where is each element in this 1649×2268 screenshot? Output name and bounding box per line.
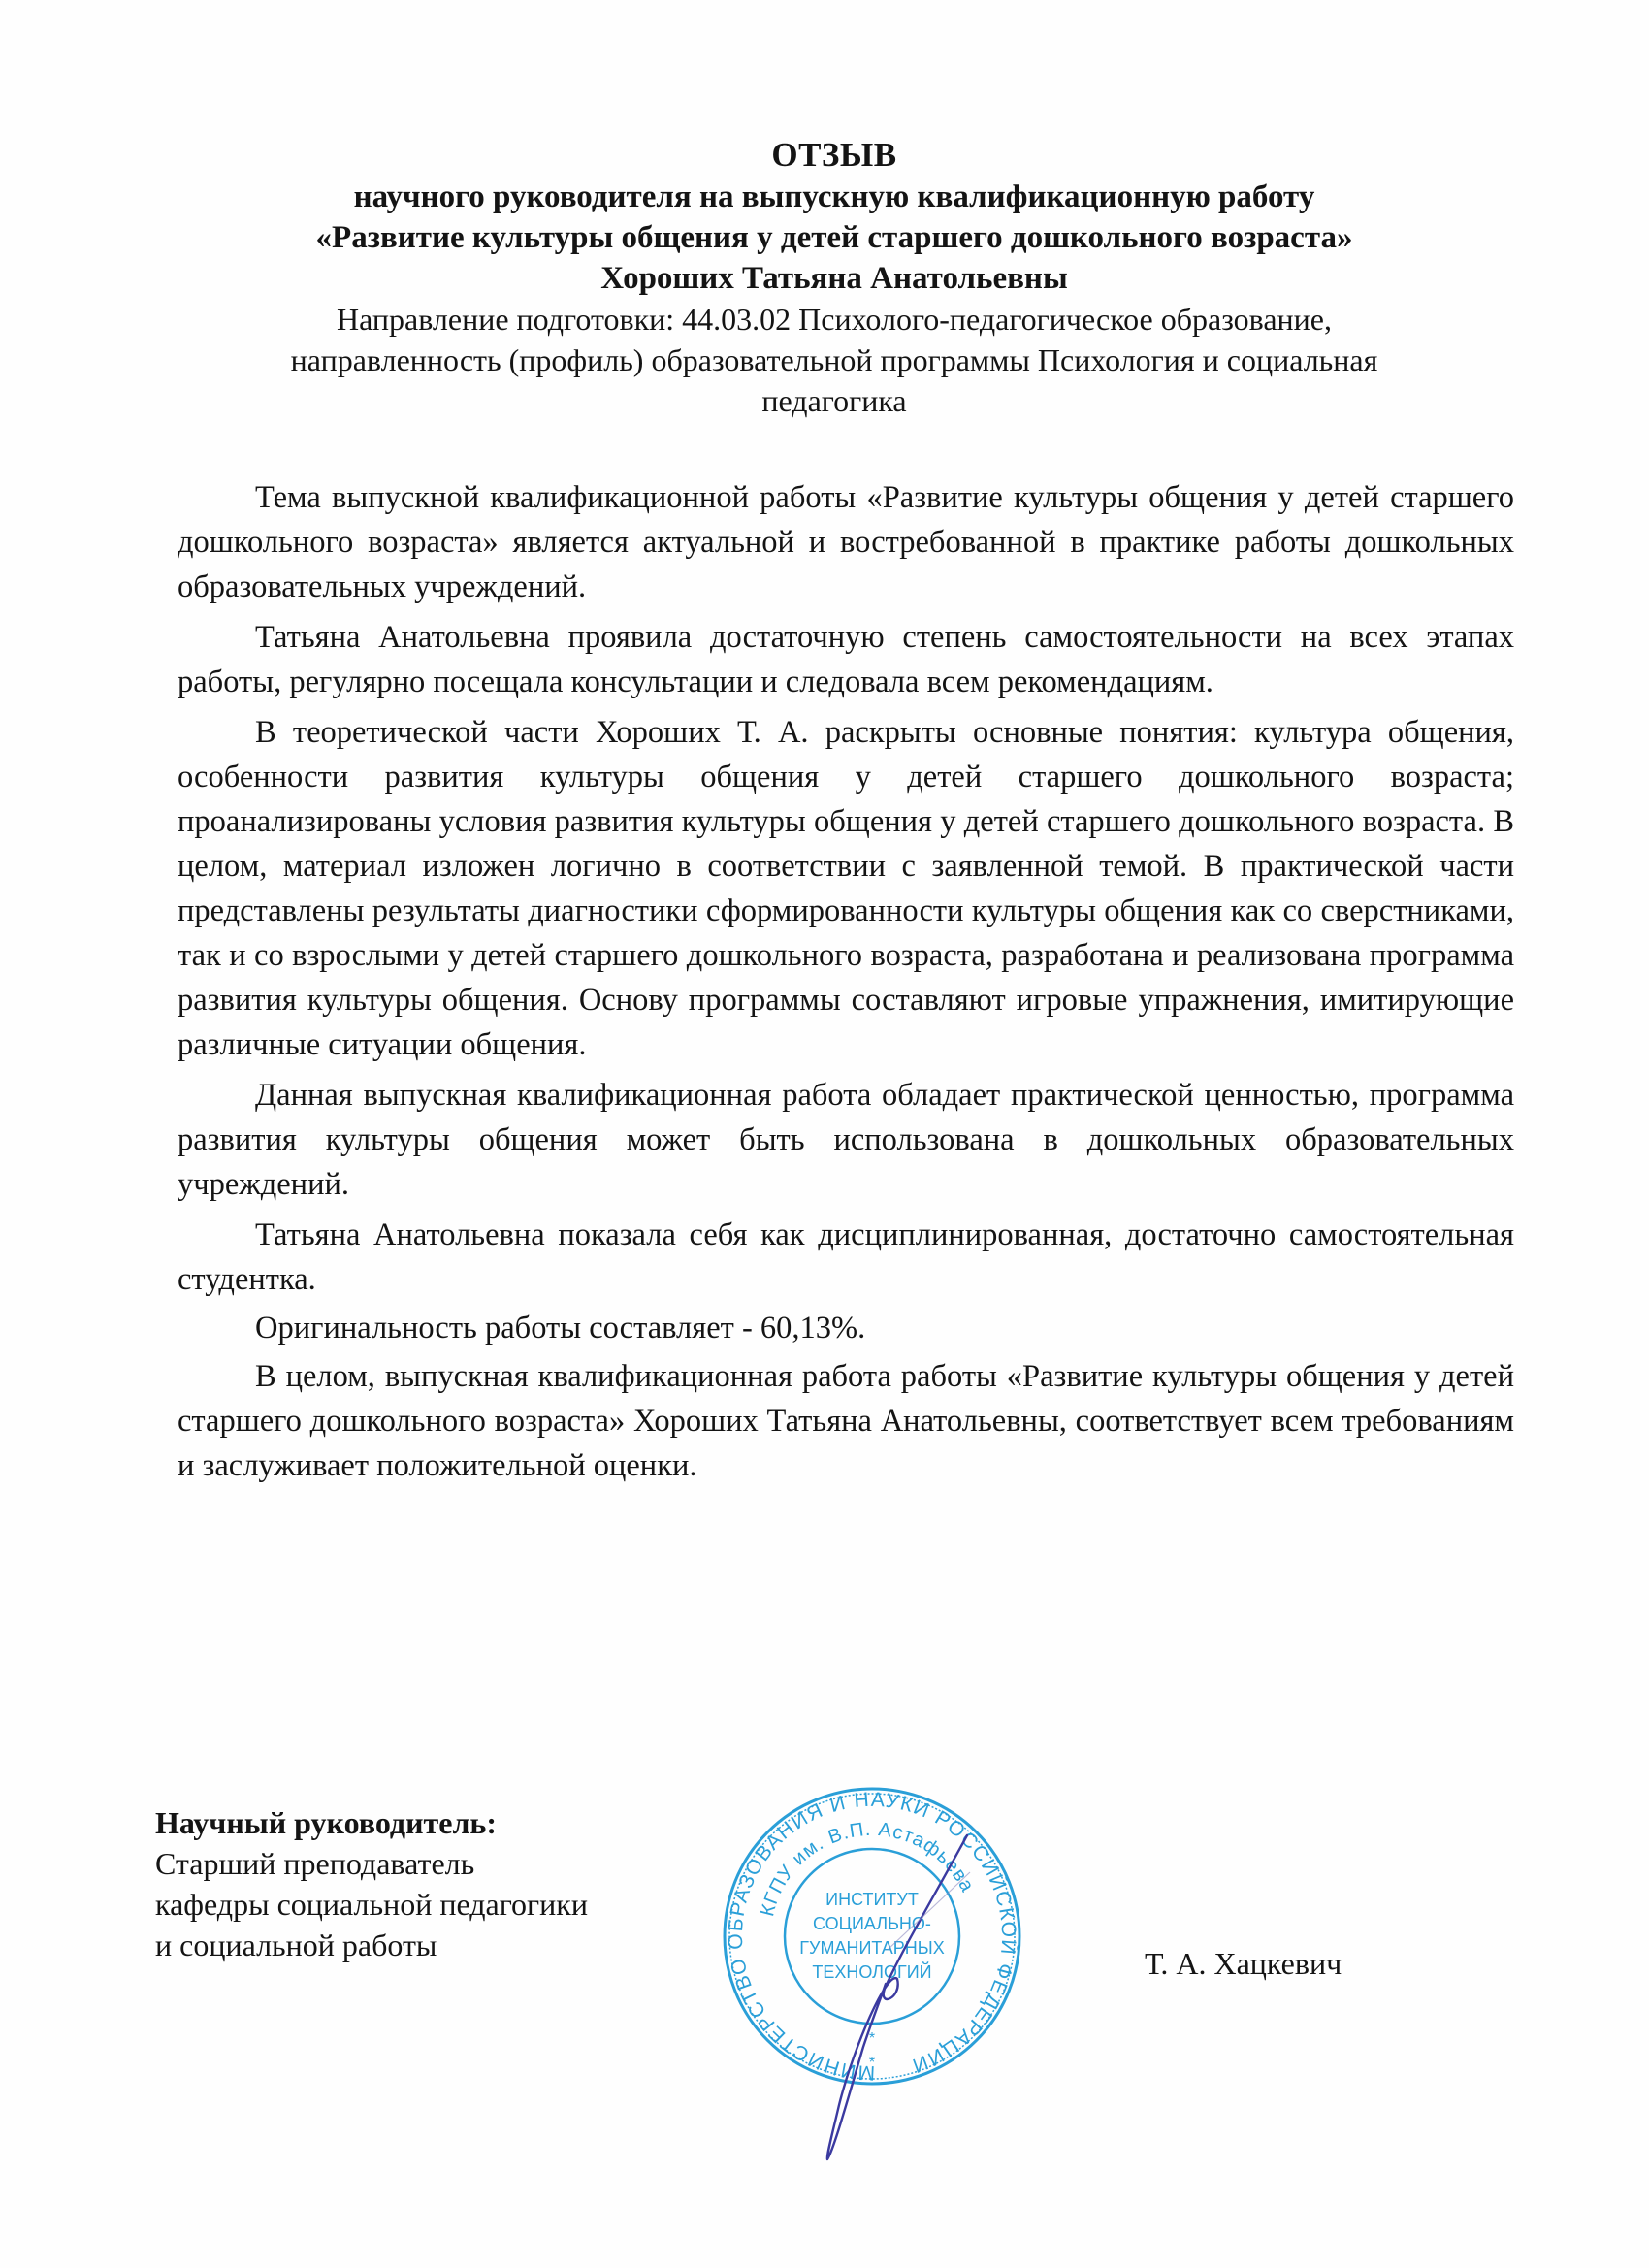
document-subtitle-line1: научного руководителя на выпускную квали… (155, 177, 1513, 217)
paragraph-conclusion: В целом, выпускная квалификационная рабо… (178, 1354, 1514, 1488)
stamp-center-line3: ГУМАНИТАРНЫХ (799, 1938, 944, 1958)
stamp-center-line4: ТЕХНОЛОГИЙ (812, 1961, 931, 1982)
paragraph-discipline: Татьяна Анатольевна показала себя как ди… (178, 1213, 1514, 1302)
supervisor-position-line1: Старший преподаватель (155, 1843, 588, 1884)
direction-line3: педагогика (155, 380, 1513, 421)
stamp-star-bottom-icon: * (869, 2055, 875, 2071)
stamp-seal-icon: МИНИСТЕРСТВО ОБРАЗОВАНИЯ И НАУКИ РОССИЙС… (717, 1781, 1027, 2091)
stamp-center-line2: СОЦИАЛЬНО- (813, 1914, 931, 1933)
paragraph-independence: Татьяна Анатольевна проявила достаточную… (178, 615, 1514, 704)
paragraph-practical-value: Данная выпускная квалификационная работа… (178, 1073, 1514, 1207)
document-title: ОТЗЫВ (155, 134, 1513, 177)
paragraph-content: В теоретической части Хороших Т. А. раск… (178, 710, 1514, 1067)
direction-line2: направленность (профиль) образовательной… (155, 340, 1513, 380)
supervisor-heading: Научный руководитель: (155, 1802, 588, 1843)
stamp-star-icon: * (869, 2030, 875, 2047)
thesis-title: «Развитие культуры общения у детей старш… (155, 217, 1513, 258)
document-page: ОТЗЫВ научного руководителя на выпускную… (0, 0, 1649, 2268)
document-header: ОТЗЫВ научного руководителя на выпускную… (155, 134, 1513, 421)
student-name: Хороших Татьяна Анатольевны (155, 258, 1513, 299)
stamp-center-line1: ИНСТИТУТ (825, 1890, 919, 1909)
paragraph-originality: Оригинальность работы составляет - 60,13… (178, 1306, 1514, 1350)
paragraph-relevance: Тема выпускной квалификационной работы «… (178, 475, 1514, 609)
direction-line1: Направление подготовки: 44.03.02 Психоло… (155, 299, 1513, 340)
institution-stamp: МИНИСТЕРСТВО ОБРАЗОВАНИЯ И НАУКИ РОССИЙС… (717, 1781, 1027, 2091)
signer-name: Т. А. Хацкевич (1145, 1943, 1342, 1984)
supervisor-block: Научный руководитель: Старший преподават… (155, 1802, 588, 1965)
supervisor-position-line3: и социальной работы (155, 1925, 588, 1965)
supervisor-position-line2: кафедры социальной педагогики (155, 1884, 588, 1925)
review-body: Тема выпускной квалификационной работы «… (178, 475, 1514, 1494)
